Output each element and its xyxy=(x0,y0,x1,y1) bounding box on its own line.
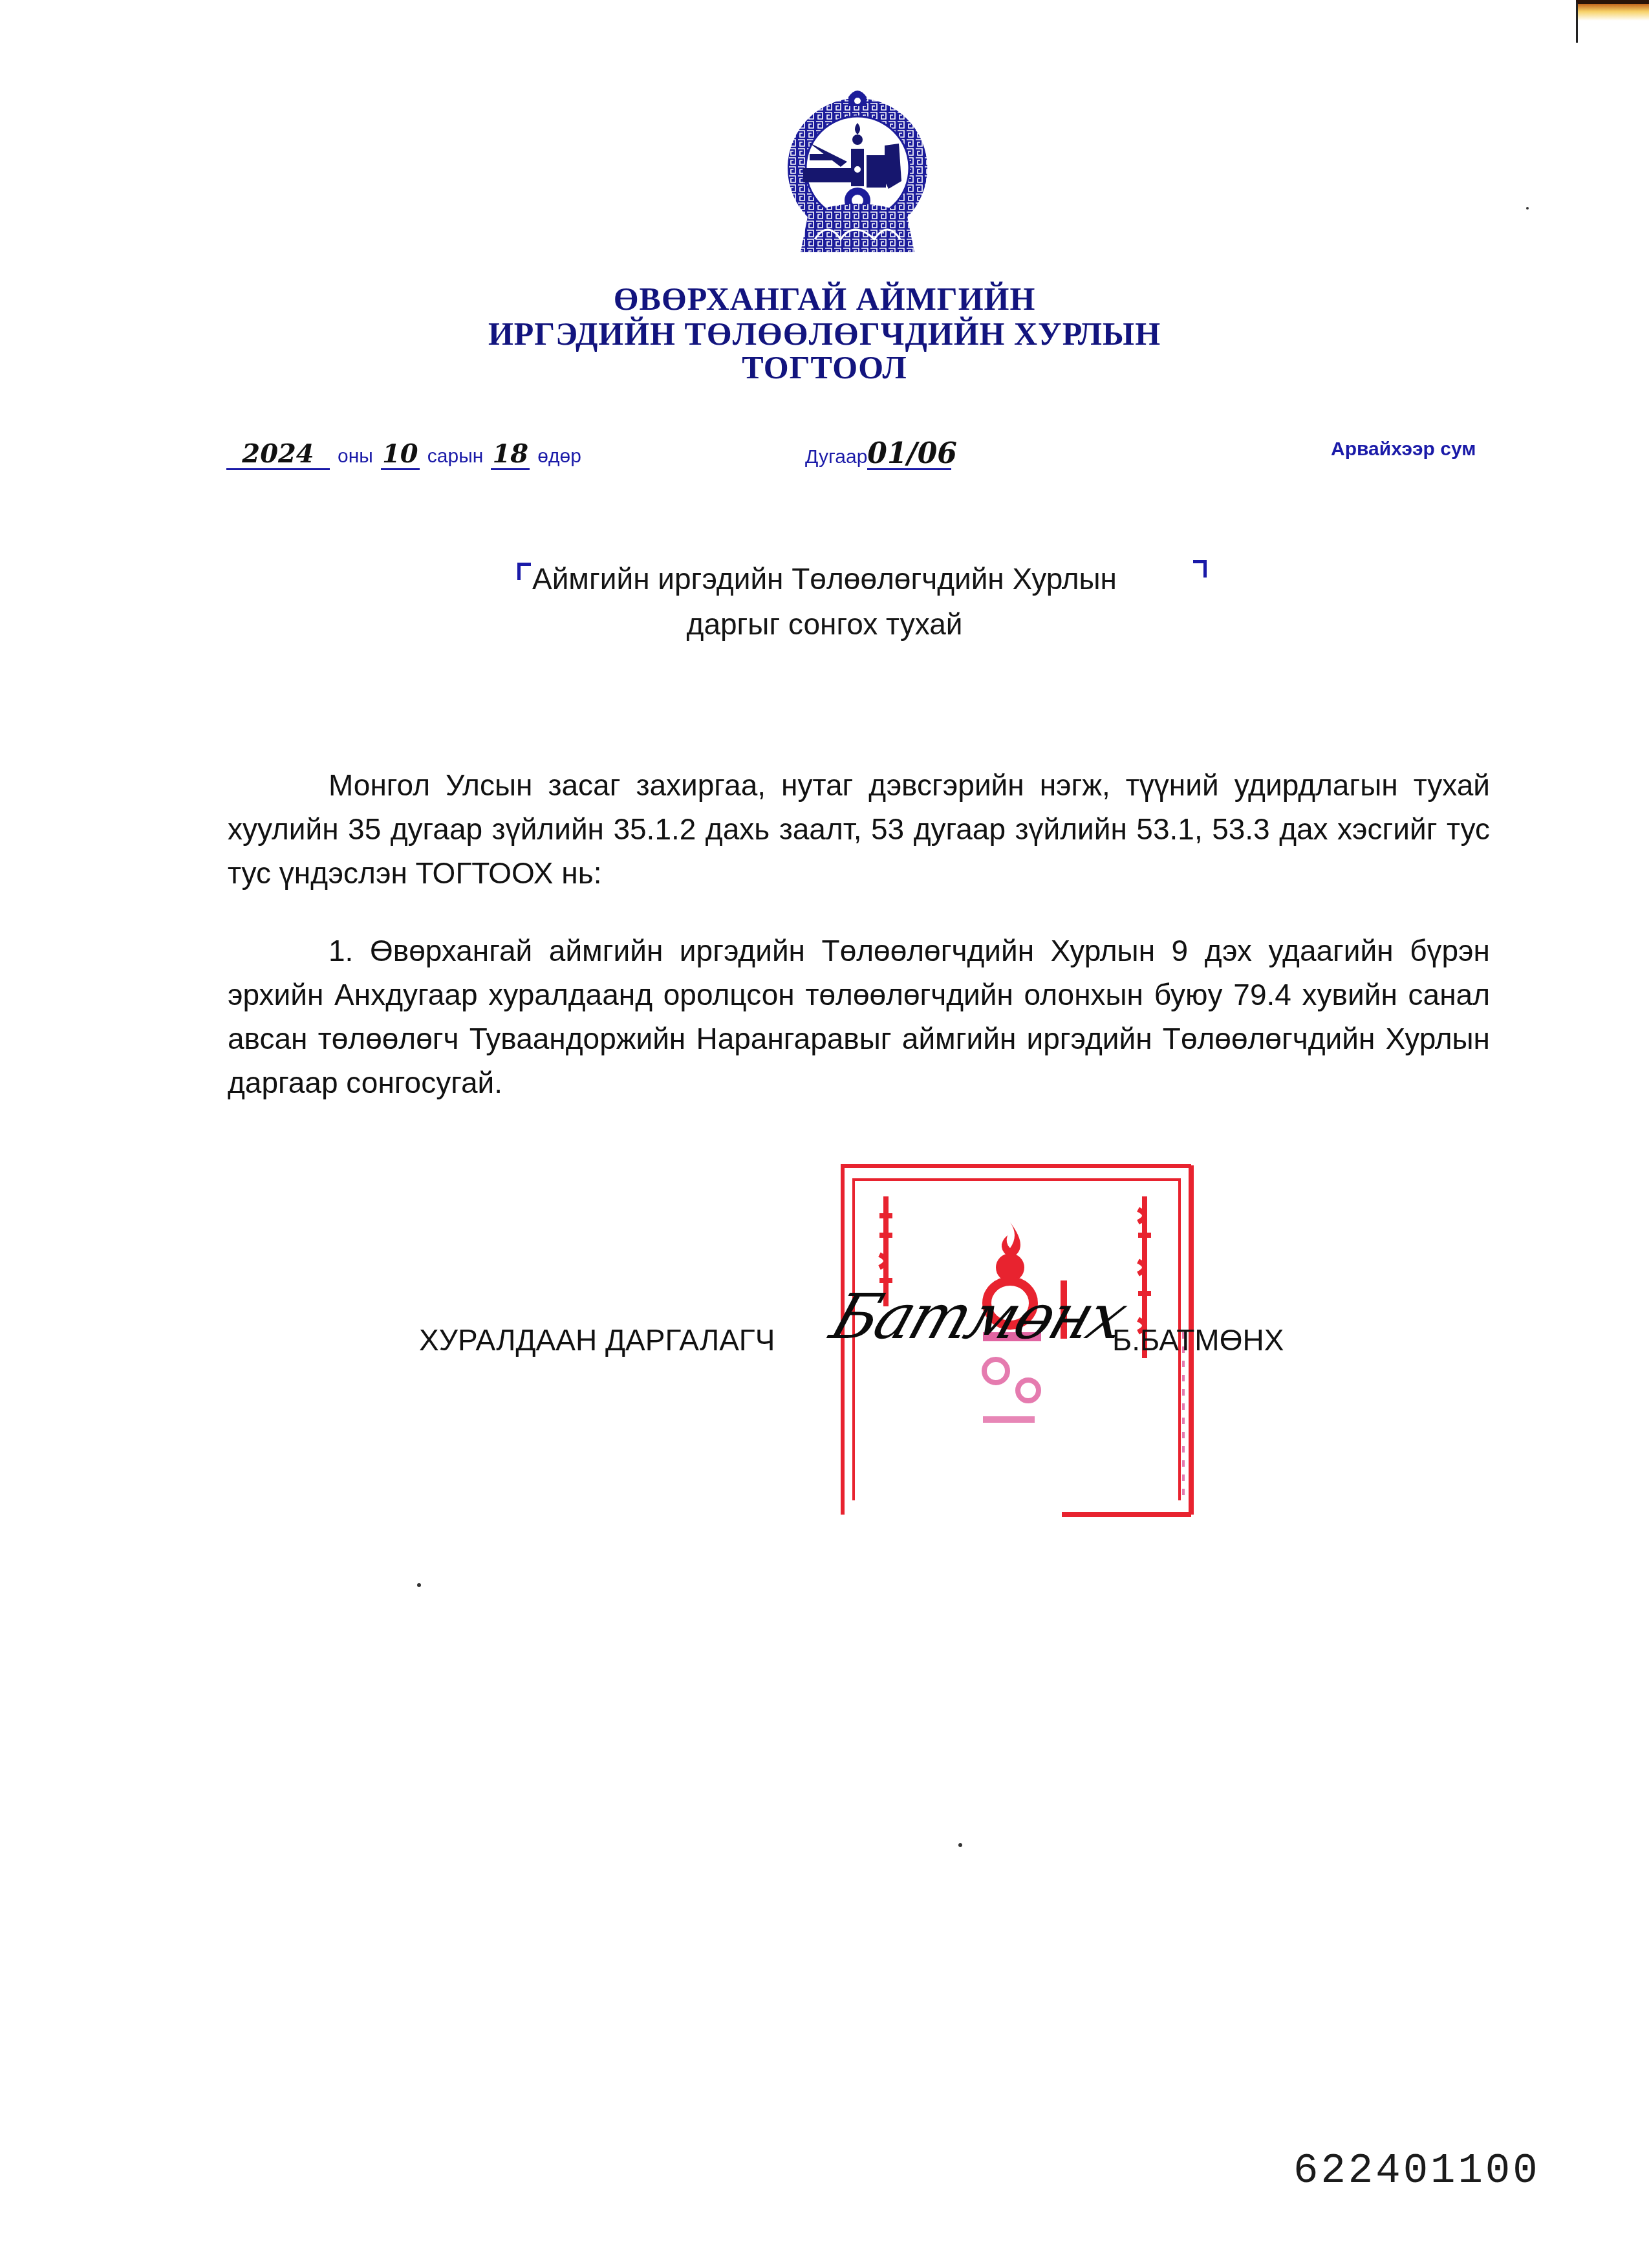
date-month: 10 xyxy=(381,440,420,470)
serial-number: 622401100 xyxy=(1293,2148,1540,2195)
year-label: оны xyxy=(338,446,373,467)
mongolia-state-emblem-icon xyxy=(770,84,945,260)
subject-line-1: Аймгийн иргэдийн Төлөөлөгчдийн Хурлын xyxy=(0,556,1649,601)
scan-speck xyxy=(417,1583,421,1587)
location: Арвайхээр сум xyxy=(1331,438,1476,460)
subject-line-2: даргыг сонгох тухай xyxy=(0,601,1649,647)
scan-speck xyxy=(958,1843,962,1847)
header-title-line-2: ИРГЭДИЙН ТӨЛӨӨЛӨГЧДИЙН ХУРЛЫН xyxy=(0,316,1649,352)
signatory-name: Б.БАТМӨНХ xyxy=(1112,1323,1284,1357)
signatory-role: ХУРАЛДААН ДАРГАЛАГЧ xyxy=(419,1323,775,1357)
date-year: 2024 xyxy=(226,440,330,470)
header-title-line-3: ТОГТООЛ xyxy=(0,349,1649,385)
preamble-paragraph: Монгол Улсын засаг захиргаа, нутаг дэвсг… xyxy=(228,763,1490,895)
resolution-number: 01/06 xyxy=(867,440,951,470)
document-page: ӨВӨРХАНГАЙ АЙМГИЙН ИРГЭДИЙН ТӨЛӨӨЛӨГЧДИЙ… xyxy=(0,0,1649,2268)
date-field: 2024оны10сарын18өдөр xyxy=(226,440,589,470)
handwritten-signature: Батмөнх xyxy=(823,1280,1134,1353)
scan-corner-artifact xyxy=(1576,0,1649,43)
resolution-number-field: Дугаар01/06 xyxy=(805,440,951,470)
date-day: 18 xyxy=(491,440,530,470)
clause-1-paragraph: 1. Өвөрхангай аймгийн иргэдийн Төлөөлөгч… xyxy=(228,929,1490,1105)
month-label: сарын xyxy=(427,446,484,467)
scan-speck xyxy=(1526,207,1529,210)
header-title-line-1: ӨВӨРХАНГАЙ АЙМГИЙН xyxy=(0,281,1649,317)
number-label: Дугаар xyxy=(805,446,867,468)
day-label: өдөр xyxy=(537,446,581,467)
